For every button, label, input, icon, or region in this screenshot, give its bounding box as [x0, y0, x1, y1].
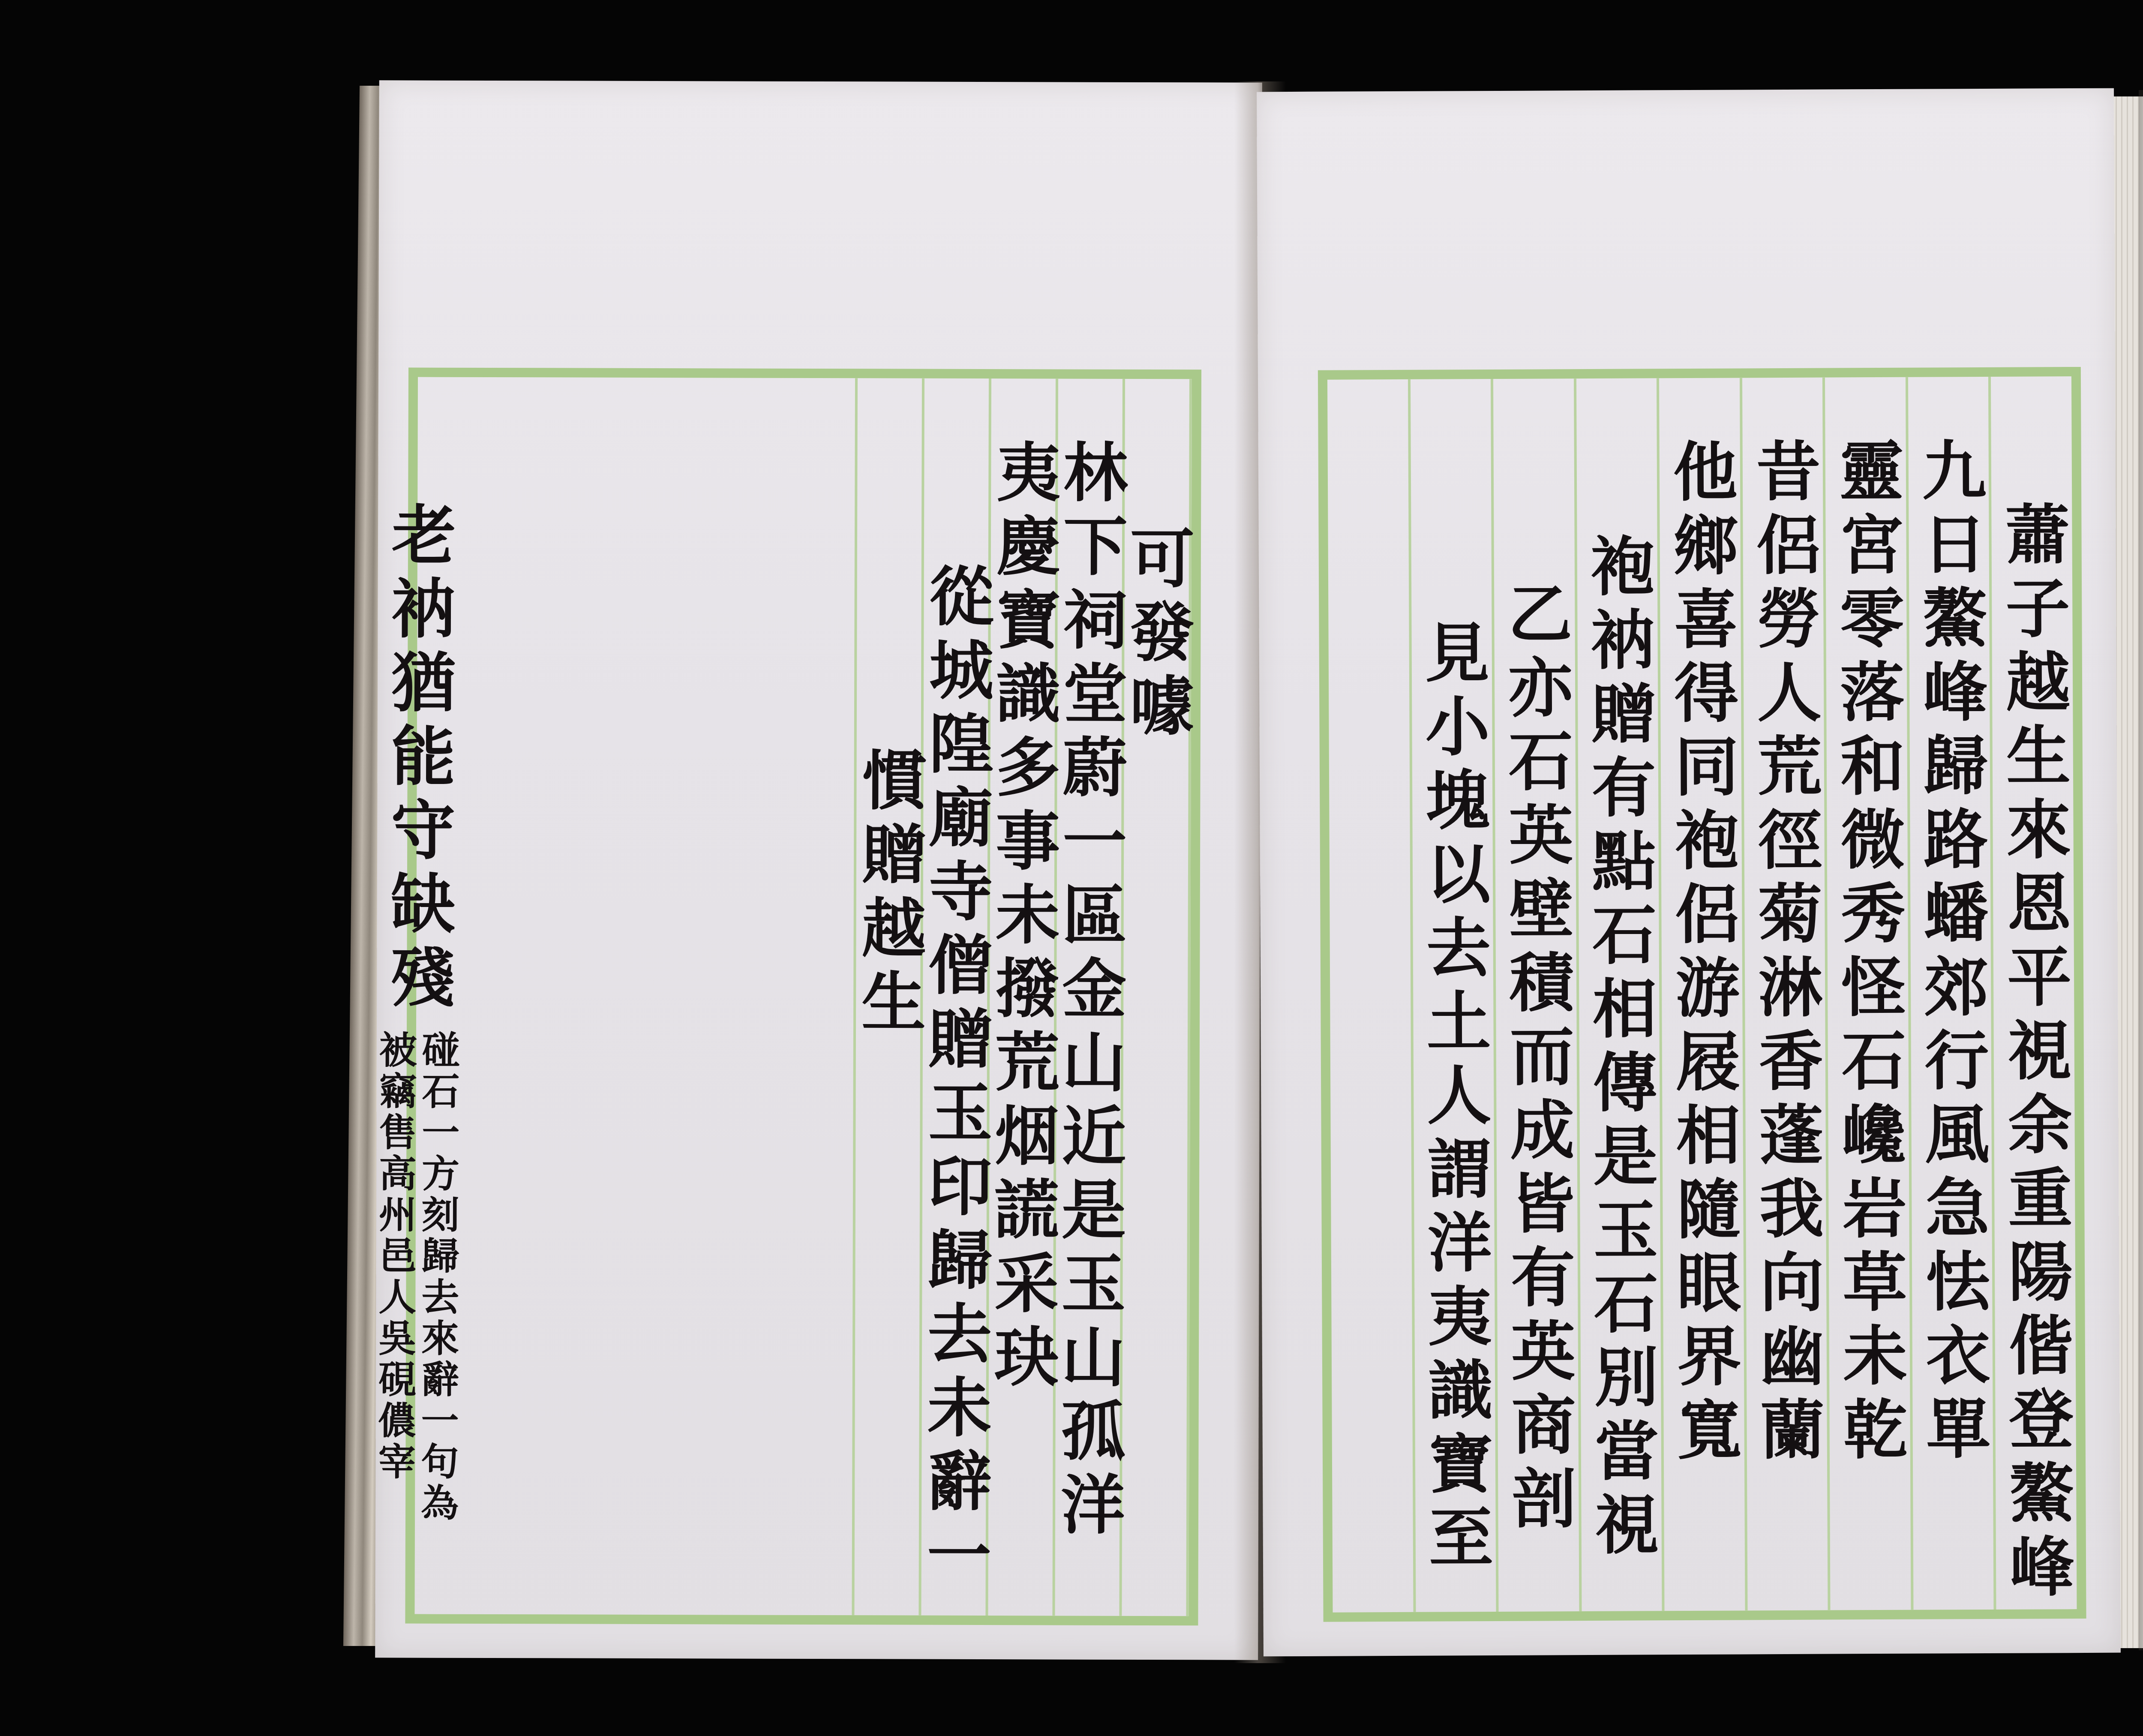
column-text: 乙亦石英壁積而成皆有英商剖	[1502, 580, 1571, 1612]
column-text: 林下祠堂蔚一區金山近是玉山孤洋	[1055, 439, 1122, 1616]
left-page: 可發噱 林下祠堂蔚一區金山近是玉山孤洋 夷慶寶識多事未撥荒烟謊采玦 從城隍廟寺僧…	[375, 80, 1262, 1660]
column-text: 蕭子越生來恩平視余重陽偕登鰲峰	[1999, 501, 2068, 1610]
right-page-ruled-frame: 蕭子越生來恩平視余重陽偕登鰲峰 九日鰲峰歸路蟠郊行風急怯衣單 靈宮零落和微秀怪石…	[1318, 367, 2086, 1622]
column-text: 九日鰲峰歸路蟠郊行風急怯衣單	[1916, 437, 1986, 1610]
right-column-6: 袍衲贈有點石相傳是玉石別當視	[1574, 378, 1662, 1611]
column-text: 從城隍廟寺僧贈玉印歸去未辭一	[921, 563, 988, 1616]
right-column-8: 見小塊以去土人謂洋夷識寶至	[1408, 379, 1496, 1612]
annotation-notes: 碰石一方刻歸去來辭一句為 被竊售高州邑人吳硯儂宰	[375, 1030, 457, 1524]
column-text: 他鄉喜得同袍侶游屐相隨眼界寬	[1668, 438, 1737, 1611]
right-column-5: 他鄉喜得同袍侶游屐相隨眼界寬	[1657, 378, 1745, 1611]
poem-title: 可發噱	[1122, 525, 1189, 1616]
right-page: 蕭子越生來恩平視余重陽偕登鰲峰 九日鰲峰歸路蟠郊行風急怯衣單 靈宮零落和微秀怪石…	[1257, 88, 2121, 1657]
left-page-columns: 可發噱 林下祠堂蔚一區金山近是玉山孤洋 夷慶寶識多事未撥荒烟謊采玦 從城隍廟寺僧…	[414, 377, 1192, 1616]
left-column-4: 夷慶寶識多事未撥荒烟謊采玦	[985, 378, 1056, 1616]
right-column-2: 九日鰲峰歸路蟠郊行風急怯衣單	[1906, 377, 1994, 1610]
left-page-ruled-frame: 可發噱 林下祠堂蔚一區金山近是玉山孤洋 夷慶寶識多事未撥荒烟謊采玦 從城隍廟寺僧…	[405, 367, 1201, 1625]
column-text: 袍衲贈有點石相傳是玉石別當視	[1585, 532, 1654, 1611]
right-column-7: 乙亦石英壁積而成皆有英商剖	[1491, 378, 1579, 1612]
left-column-2-title: 可發噱	[1119, 379, 1189, 1616]
right-column-3: 靈宮零落和微秀怪石巉岩草未乾	[1822, 377, 1911, 1610]
page-edge-shadow	[2139, 90, 2143, 1650]
column-text	[1368, 439, 1373, 1612]
open-manuscript-book: 可發噱 林下祠堂蔚一區金山近是玉山孤洋 夷慶寶識多事未撥荒烟謊采玦 從城隍廟寺僧…	[0, 0, 2143, 1736]
column-text: 昔侶勞人荒徑菊淋香蓬我向幽蘭	[1750, 438, 1820, 1611]
left-column-7: 老衲猶能守缺殘 碰石一方刻歸去來辭一句為 被竊售高州邑人吳硯儂宰	[0, 376, 855, 1615]
left-column-3: 林下祠堂蔚一區金山近是玉山孤洋	[1052, 378, 1123, 1616]
left-column-5: 從城隍廟寺僧贈玉印歸去未辭一	[918, 378, 989, 1616]
right-page-columns: 蕭子越生來恩平視余重陽偕登鰲峰 九日鰲峰歸路蟠郊行風急怯衣單 靈宮零落和微秀怪石…	[1327, 376, 2077, 1613]
column-text: 夷慶寶識多事未撥荒烟謊采玦	[988, 439, 1055, 1616]
left-column-6: 慣贈越生	[852, 378, 922, 1615]
right-column-1: 蕭子越生來恩平視余重陽偕登鰲峰	[1988, 376, 2077, 1610]
right-column-4: 昔侶勞人荒徑菊淋香蓬我向幽蘭	[1740, 378, 1828, 1611]
annotation-line-1: 碰石一方刻歸去來辭一句為	[418, 1030, 457, 1524]
column-text: 老衲猶能守缺殘	[385, 501, 450, 1017]
column-text: 見小塊以去土人謂洋夷識寶至	[1420, 619, 1488, 1612]
column-text: 靈宮零落和微秀怪石巉岩草未乾	[1834, 437, 1903, 1610]
right-column-9	[1327, 379, 1413, 1613]
annotation-line-2: 被竊售高州邑人吳硯儂宰	[375, 1030, 414, 1524]
column-text: 慣贈越生	[854, 747, 921, 1615]
